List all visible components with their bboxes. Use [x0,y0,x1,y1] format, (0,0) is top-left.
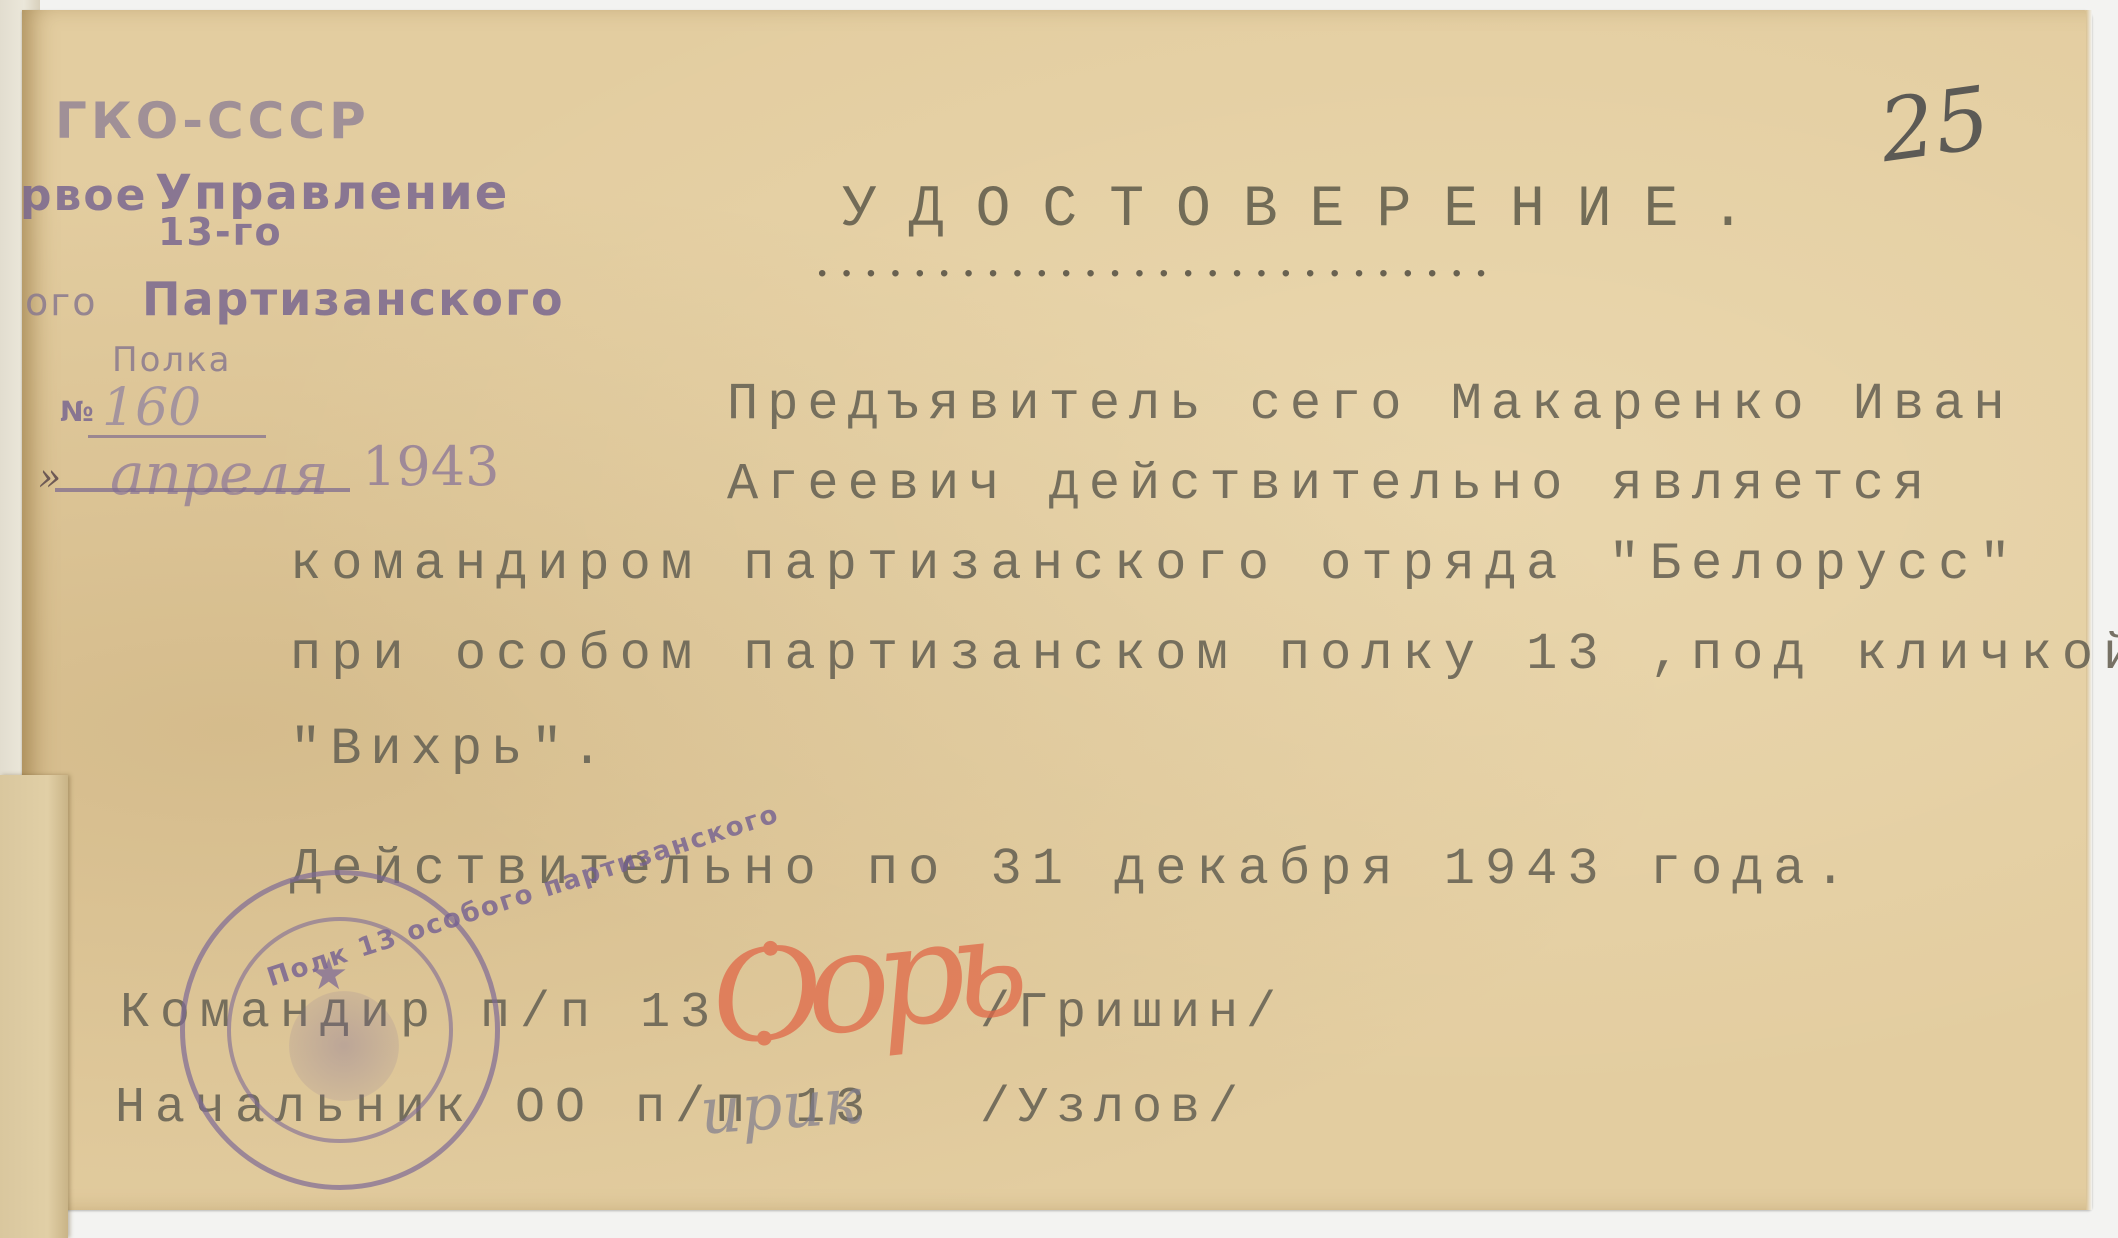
body-line: Агеевич действительно является [727,455,1933,514]
folio-number: 25 [1874,68,1996,182]
stamp-line-fragment: рвое [20,170,147,221]
document-title: УДОСТОВЕРЕНИЕ. [842,178,1777,243]
handwritten-doc-number: 160 [102,378,201,438]
title-separator: •••••••••••••••••••••••••••• [815,262,1498,289]
official-round-seal: Полк 13 особого партизанского ★ [180,870,500,1190]
stamp-number-label: № [60,395,96,428]
red-pencil-signature: Ѻорь [702,885,1021,1079]
stamp-partisan: Партизанского [142,272,565,326]
pencil-signature: ирик [698,1064,864,1149]
number-underline [88,435,266,438]
body-line: при особом партизанском полку 13 ,под кл… [290,625,2118,684]
paper-edge [2086,10,2092,1210]
handwritten-year: 1943 [362,435,499,498]
seal-inner-ring: ★ [227,917,453,1143]
body-line: Предъявитель сего Макаренко Иван [727,375,2014,434]
date-quote-mark: » [38,455,61,499]
date-underline [55,488,350,492]
stamp-regiment: Полка [112,340,231,380]
stamp-unit-number: 13-го [158,210,283,254]
emblem-globe-icon [289,991,399,1101]
folded-page-flap [0,775,68,1238]
handwritten-month: апреля [110,440,329,508]
stamp-line-fragment: ого [25,280,97,324]
signature-name-commander: /Гришин/ [980,985,1284,1042]
signature-name-chief: /Узлов/ [980,1080,1246,1137]
body-line: командиром партизанского отряда "Белорус… [290,535,2021,594]
body-line: "Вихрь". [290,720,612,779]
stamp-org-header: ГКО-СССР [55,92,370,150]
star-icon: ★ [309,949,348,1000]
